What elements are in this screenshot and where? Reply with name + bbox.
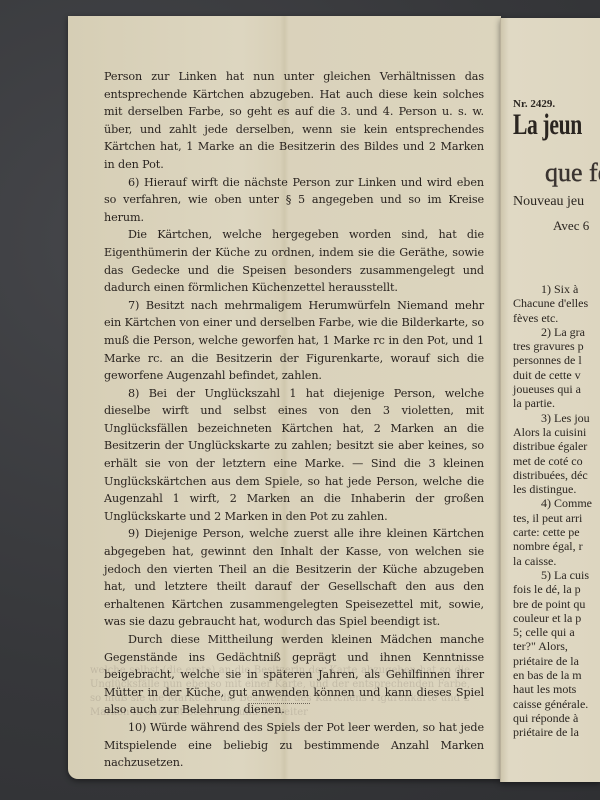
paragraph: 10) Würde während des Spiels der Pot lee… <box>104 719 484 772</box>
text-line: priétaire de la <box>513 654 600 668</box>
text-line: 5; celle qui a <box>513 625 600 639</box>
text-line: carte: cette pe <box>513 525 600 539</box>
right-body: 1) Six à Chacune d'elles fèves etc. 2) L… <box>513 282 600 740</box>
subtitle-line: Nouveau jeu <box>513 194 584 210</box>
text-line: 1) Six à <box>513 282 600 296</box>
text-line: 2) La gra <box>513 325 600 339</box>
text-line: 5) La cuis <box>513 568 600 582</box>
text-line: qui réponde à <box>513 711 600 725</box>
text-line: ter?" Alors, <box>513 639 600 653</box>
text-line: couleur et la p <box>513 611 600 625</box>
text-line: duit de cette v <box>513 368 600 382</box>
text-line: tres gravures p <box>513 339 600 353</box>
text-line: bre de point qu <box>513 597 600 611</box>
text-line: met de coté co <box>513 454 600 468</box>
subtitle-line: Avec 6 <box>553 218 589 234</box>
paragraph: 7) Besitzt nach mehrmaligem Herumwürfeln… <box>104 297 484 385</box>
text-line: fèves etc. <box>513 311 600 325</box>
text-line: en bas de la m <box>513 668 600 682</box>
subtitle: que fe <box>545 158 600 188</box>
page-title: La jeun <box>513 108 582 142</box>
paragraph: 8) Bei der Unglückszahl 1 hat diejenige … <box>104 385 484 526</box>
text-line: personnes de l <box>513 353 600 367</box>
text-line: Chacune d'elles <box>513 296 600 310</box>
paragraph: 6) Hierauf wirft die nächste Person zur … <box>104 174 484 227</box>
ornamental-divider <box>248 700 310 704</box>
text-line: haut les mots <box>513 682 600 696</box>
text-line: priétaire de la <box>513 725 600 739</box>
text-line: les distingue. <box>513 482 600 496</box>
paragraph: Die Kärtchen, welche hergegeben worden s… <box>104 226 484 296</box>
text-line: joueuses qui a <box>513 382 600 396</box>
text-line: Alors la cuisini <box>513 425 600 439</box>
text-line: tes, il peut arri <box>513 511 600 525</box>
text-line: distribuées, déc <box>513 468 600 482</box>
text-line: la partie. <box>513 396 600 410</box>
text-line: fois le dé, la p <box>513 582 600 596</box>
text-line: 4) Comme <box>513 496 600 510</box>
text-line: 3) Les jou <box>513 411 600 425</box>
paragraph: Durch diese Mittheilung werden kleinen M… <box>104 631 484 719</box>
text-line: distribue égaler <box>513 439 600 453</box>
text-line: nombre égal, r <box>513 539 600 553</box>
paragraph: Person zur Linken hat nun unter gleichen… <box>104 68 484 174</box>
text-line: la caisse. <box>513 554 600 568</box>
text-line: caisse générale. <box>513 697 600 711</box>
paragraph: 9) Diejenige Person, welche zuerst alle … <box>104 525 484 631</box>
left-page-text: Person zur Linken hat nun unter gleichen… <box>104 68 484 772</box>
right-page-sheet: Nr. 2429. La jeun que fe Nouveau jeu Ave… <box>500 18 600 782</box>
